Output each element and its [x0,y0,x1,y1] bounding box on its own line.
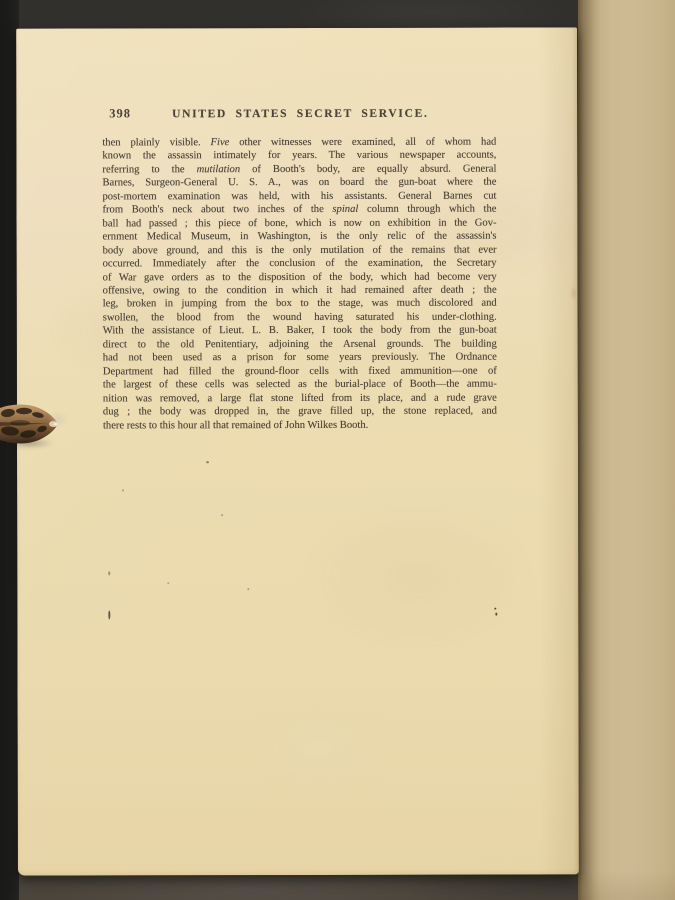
text-line: then plainly visible. Five other witness… [102,136,496,150]
dust-speck [495,613,497,616]
dust-speck [494,608,496,610]
text-line: body above ground, and this is the only … [103,243,497,257]
dust-speck [247,588,249,590]
text-line: occurred. Immediately after the conclusi… [103,257,497,271]
dust-speck [167,582,169,584]
text-line: referring to the mutilation of Booth's b… [102,162,496,176]
dust-speck [122,489,124,491]
text-line: swollen, the blood from the wound having… [103,310,497,324]
bullet-shadow [4,438,54,448]
text-line: had not been used as a prison for some y… [103,351,497,365]
text-line: of War gave orders as to the disposition… [103,270,497,284]
text-line: post-mortem examination was held, with h… [102,189,496,203]
dust-speck [108,571,110,575]
text-line: Barnes, Surgeon-General U. S. A., was on… [102,176,496,190]
text-line: ball had passed ; this piece of bone, wh… [103,216,497,230]
text-line: from Booth's neck about two inches of th… [102,203,496,217]
book-page: 398 UNITED STATES SECRET SERVICE. then p… [16,27,579,875]
facing-page-edge [578,0,675,900]
text-line: nition was removed, a large flat stone l… [103,391,497,405]
text-line: offensive, owing to the condition in whi… [103,284,497,298]
text-line: dug ; the body was dropped in, the grave… [103,405,497,419]
dust-specks [16,27,577,28]
dust-speck [108,610,110,619]
text-line: the largest of these cells was selected … [103,378,497,392]
dust-speck [206,461,209,463]
text-line: ernment Medical Museum, in Washington, i… [103,230,497,244]
dust-speck [221,514,223,516]
text-line: Department had filled the ground-floor c… [103,364,497,378]
page-edge-smudge [571,285,577,301]
running-head: UNITED STATES SECRET SERVICE. [102,108,498,121]
bullet-tip-smudge [48,411,68,427]
text-line: With the assistance of Lieut. L. B. Bake… [103,324,497,338]
text-line: known the assassin intimately for years.… [102,149,496,163]
gutter-shadow [578,0,600,900]
photo-background: 398 UNITED STATES SECRET SERVICE. then p… [0,0,675,900]
text-line: direct to the old Penitentiary, adjoinin… [103,337,497,351]
text-line: there rests to this hour all that remain… [103,418,497,432]
text-line: leg, broken in jumping from the box to t… [103,297,497,311]
body-text: then plainly visible. Five other witness… [102,136,497,433]
